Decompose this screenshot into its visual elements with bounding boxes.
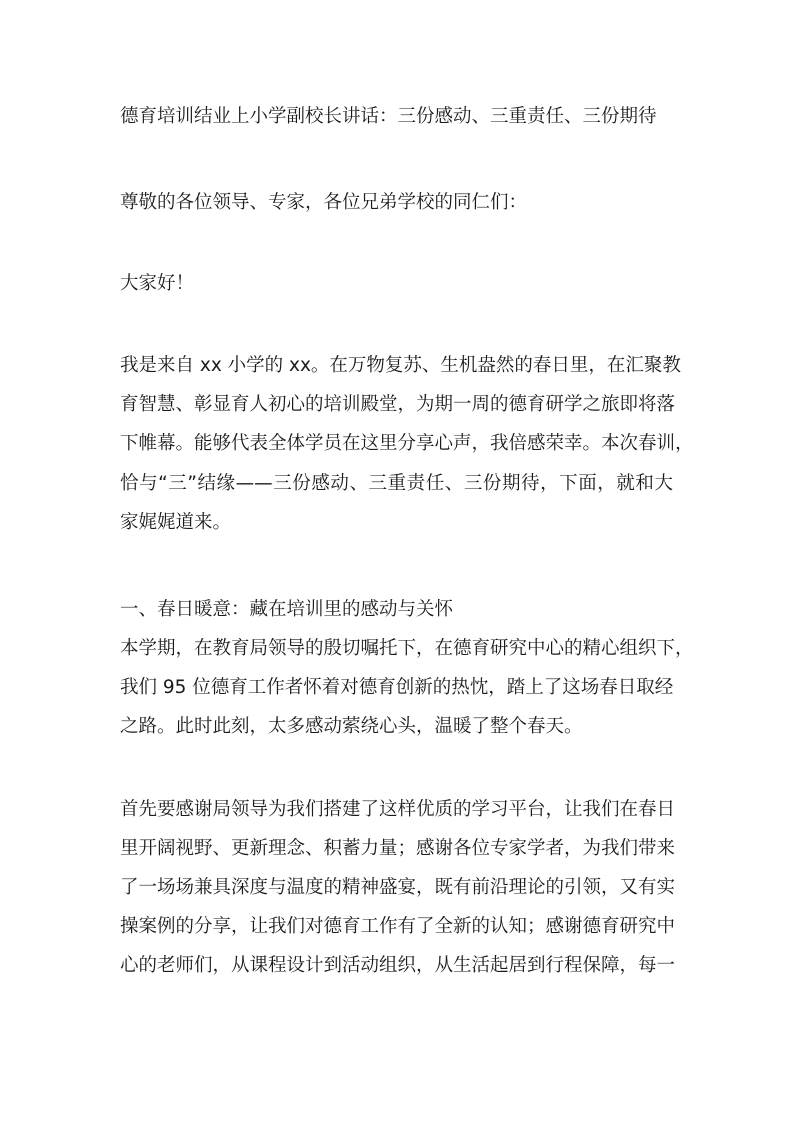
paragraph-line: 首先要感谢局领导为我们搭建了这样优质的学习平台，让我们在春日 <box>120 798 673 822</box>
paragraph-line: 了一场场兼具深度与温度的精神盛宴，既有前沿理论的引领，又有实 <box>120 876 673 900</box>
paragraph-line: 下帷幕。能够代表全体学员在这里分享心声，我倍感荣幸。本次春训， <box>120 432 673 456</box>
hello-line: 大家好！ <box>120 272 673 296</box>
greeting: 尊敬的各位领导、专家，各位兄弟学校的同仁们： <box>120 191 673 215</box>
paragraph-line: 恰与“三”结缘——三份感动、三重责任、三份期待，下面，就和大 <box>120 472 673 496</box>
paragraph-line: 操案例的分享，让我们对德育工作有了全新的认知；感谢德育研究中 <box>120 915 673 939</box>
paragraph-line: 家娓娓道来。 <box>120 511 673 535</box>
paragraph-line: 我们 95 位德育工作者怀着对德育创新的热忱，踏上了这场春日取经 <box>120 676 673 700</box>
paragraph-line: 本学期，在教育局领导的殷切嘱托下，在德育研究中心的精心组织下， <box>120 637 673 661</box>
paragraph-line: 之路。此时此刻，太多感动萦绕心头，温暖了整个春天。 <box>120 715 673 739</box>
paragraph-line: 我是来自 xx 小学的 xx。在万物复苏、生机盎然的春日里，在汇聚教 <box>120 354 673 378</box>
paragraph-line: 育智慧、彰显育人初心的培训殿堂，为期一周的德育研学之旅即将落 <box>120 393 673 417</box>
document-title: 德育培训结业上小学副校长讲话：三份感动、三重责任、三份期待 <box>120 105 673 129</box>
section-heading: 一、春日暖意：藏在培训里的感动与关怀 <box>120 598 673 622</box>
paragraph-line: 心的老师们，从课程设计到活动组织，从生活起居到行程保障，每一 <box>120 954 673 978</box>
paragraph-line: 里开阔视野、更新理念、积蓄力量；感谢各位专家学者，为我们带来 <box>120 837 673 861</box>
